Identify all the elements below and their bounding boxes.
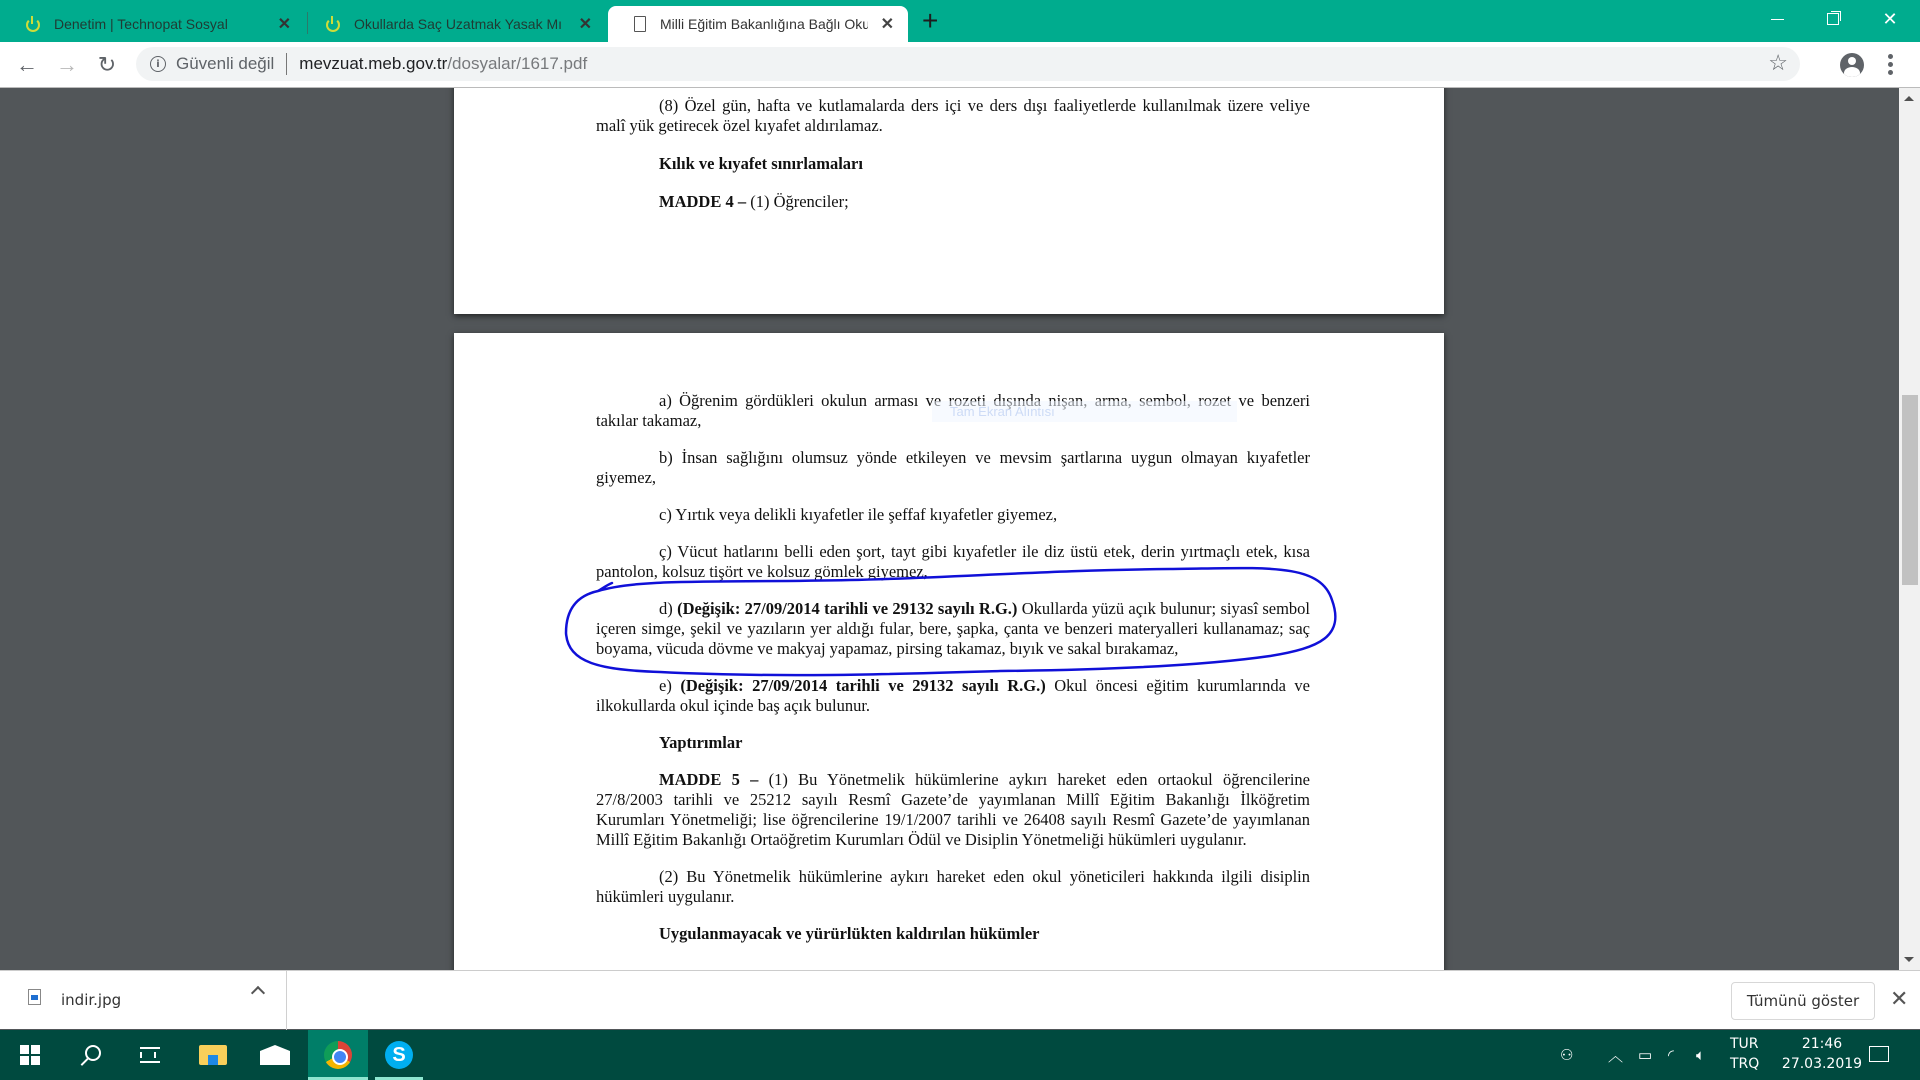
download-file-name: indir.jpg [61, 991, 121, 1009]
input-language[interactable]: TUR TRQ [1730, 1034, 1759, 1074]
profile-avatar-icon[interactable] [1840, 53, 1864, 77]
forward-button[interactable]: → [52, 50, 82, 80]
show-all-downloads-button[interactable]: Tümünü göster [1731, 982, 1875, 1020]
search-icon [85, 1045, 101, 1061]
tab-title: Denetim | Technopat Sosyal [54, 16, 266, 32]
chrome-icon [324, 1041, 352, 1069]
power-icon [324, 15, 342, 33]
action-center-icon[interactable] [1869, 1046, 1889, 1062]
start-button[interactable] [0, 1030, 60, 1080]
paragraph: (2) Bu Yönetmelik hükümlerine aykırı har… [596, 867, 1310, 907]
section-heading: Kılık ve kıyafet sınırlamaları [596, 154, 1310, 174]
kebab-menu-icon[interactable] [1888, 54, 1894, 76]
task-view-button[interactable] [120, 1030, 180, 1080]
chevron-up-icon[interactable] [251, 986, 265, 1000]
tab-title: Okullarda Saç Uzatmak Yasak Mı [354, 16, 579, 32]
vertical-scrollbar[interactable] [1899, 88, 1920, 970]
folder-icon [199, 1045, 227, 1065]
snip-overlay-label: Tam Ekran Alıntısı [932, 401, 1237, 422]
omnibox-separator [286, 53, 287, 75]
windows-taskbar: S ⚇ ︿ ▭ ◜ 🔈︎ TUR TRQ 21:46 27.03.2019 [0, 1030, 1920, 1080]
paragraph: (8) Özel gün, hafta ve kutlamalarda ders… [596, 96, 1310, 136]
tab-strip: Denetim | Technopat Sosyal ✕ Okullarda S… [0, 0, 1920, 42]
image-file-icon [28, 989, 41, 1005]
clock-time: 21:46 [1762, 1034, 1882, 1054]
close-window-button[interactable]: ✕ [1860, 0, 1920, 38]
highlighted-paragraph: d) (Değişik: 27/09/2014 tarihli ve 29132… [596, 599, 1310, 659]
power-icon [24, 15, 42, 33]
paragraph: ç) Vücut hatlarını belli eden şort, tayt… [596, 542, 1310, 582]
page-1-text: (8) Özel gün, hafta ve kutlamalarda ders… [596, 96, 1310, 230]
pdf-page-2: a) Öğrenim gördükleri okulun arması ve r… [454, 333, 1444, 970]
section-heading: Yaptırımlar [596, 733, 1310, 753]
page-2-text: a) Öğrenim gördükleri okulun arması ve r… [596, 391, 1310, 961]
document-icon [634, 16, 646, 32]
url-host: mevzuat.meb.gov.tr [299, 54, 447, 74]
tab-close-icon[interactable]: ✕ [278, 14, 291, 34]
clock-date: 27.03.2019 [1762, 1054, 1882, 1074]
task-view-icon [140, 1047, 160, 1063]
file-explorer-button[interactable] [183, 1030, 243, 1080]
tab-meb-pdf[interactable]: Milli Eğitim Bakanlığına Bağlı Oku ✕ [608, 6, 908, 42]
address-bar[interactable]: i Güvenli değil mevzuat.meb.gov.tr /dosy… [136, 47, 1800, 81]
paragraph: MADDE 4 – (1) Öğrenciler; [596, 192, 1310, 212]
skype-button[interactable]: S [369, 1030, 429, 1080]
minimize-button[interactable] [1747, 0, 1807, 38]
url-path: /dosyalar/1617.pdf [447, 54, 587, 74]
paragraph: MADDE 5 – (1) Bu Yönetmelik hükümlerine … [596, 770, 1310, 850]
paragraph: b) İnsan sağlığını olumsuz yönde etkiley… [596, 448, 1310, 488]
new-tab-button[interactable]: + [922, 6, 938, 36]
section-heading: Uygulanmayacak ve yürürlükten kaldırılan… [596, 924, 1310, 944]
security-label: Güvenli değil [176, 54, 274, 74]
volume-icon[interactable]: 🔈︎ [1696, 1030, 1705, 1080]
skype-icon: S [385, 1041, 413, 1069]
people-icon[interactable]: ⚇ [1560, 1030, 1573, 1080]
system-clock[interactable]: 21:46 27.03.2019 [1762, 1034, 1882, 1074]
info-icon[interactable]: i [150, 56, 166, 72]
restore-button[interactable] [1803, 0, 1863, 38]
scroll-down-arrow[interactable] [1904, 957, 1914, 962]
download-item[interactable]: indir.jpg [0, 971, 287, 1030]
search-button[interactable] [60, 1030, 120, 1080]
download-shelf: indir.jpg Tümünü göster ✕ [0, 970, 1920, 1029]
pdf-page-1: (8) Özel gün, hafta ve kutlamalarda ders… [454, 88, 1444, 314]
scroll-up-arrow[interactable] [1904, 96, 1914, 101]
close-shelf-icon[interactable]: ✕ [1890, 986, 1908, 1012]
tab-technopat[interactable]: Denetim | Technopat Sosyal ✕ [0, 6, 305, 42]
back-button[interactable]: ← [12, 50, 42, 80]
keyboard-layout: TRQ [1730, 1054, 1759, 1074]
tab-close-icon[interactable]: ✕ [881, 14, 894, 34]
tab-title: Milli Eğitim Bakanlığına Bağlı Oku [660, 16, 868, 32]
reload-button[interactable]: ↻ [92, 50, 122, 80]
paragraph: c) Yırtık veya delikli kıyafetler ile şe… [596, 505, 1310, 525]
tab-close-icon[interactable]: ✕ [579, 14, 592, 34]
mail-icon [260, 1045, 290, 1065]
scroll-thumb[interactable] [1902, 395, 1918, 585]
pdf-viewer[interactable]: (8) Özel gün, hafta ve kutlamalarda ders… [0, 88, 1899, 970]
tab-okullarda[interactable]: Okullarda Saç Uzatmak Yasak Mı ✕ [308, 6, 606, 42]
browser-toolbar: ← → ↻ i Güvenli değil mevzuat.meb.gov.tr… [0, 42, 1920, 88]
battery-icon[interactable]: ▭ [1638, 1030, 1652, 1080]
mail-button[interactable] [245, 1030, 305, 1080]
show-hidden-icons-chevron[interactable]: ︿ [1608, 1030, 1623, 1080]
bookmark-star-icon[interactable]: ☆ [1768, 50, 1788, 76]
chrome-button[interactable] [308, 1030, 368, 1080]
wifi-icon[interactable]: ◜ [1668, 1030, 1674, 1080]
windows-logo-icon [20, 1045, 40, 1065]
language-code: TUR [1730, 1034, 1759, 1054]
paragraph: e) (Değişik: 27/09/2014 tarihli ve 29132… [596, 676, 1310, 716]
